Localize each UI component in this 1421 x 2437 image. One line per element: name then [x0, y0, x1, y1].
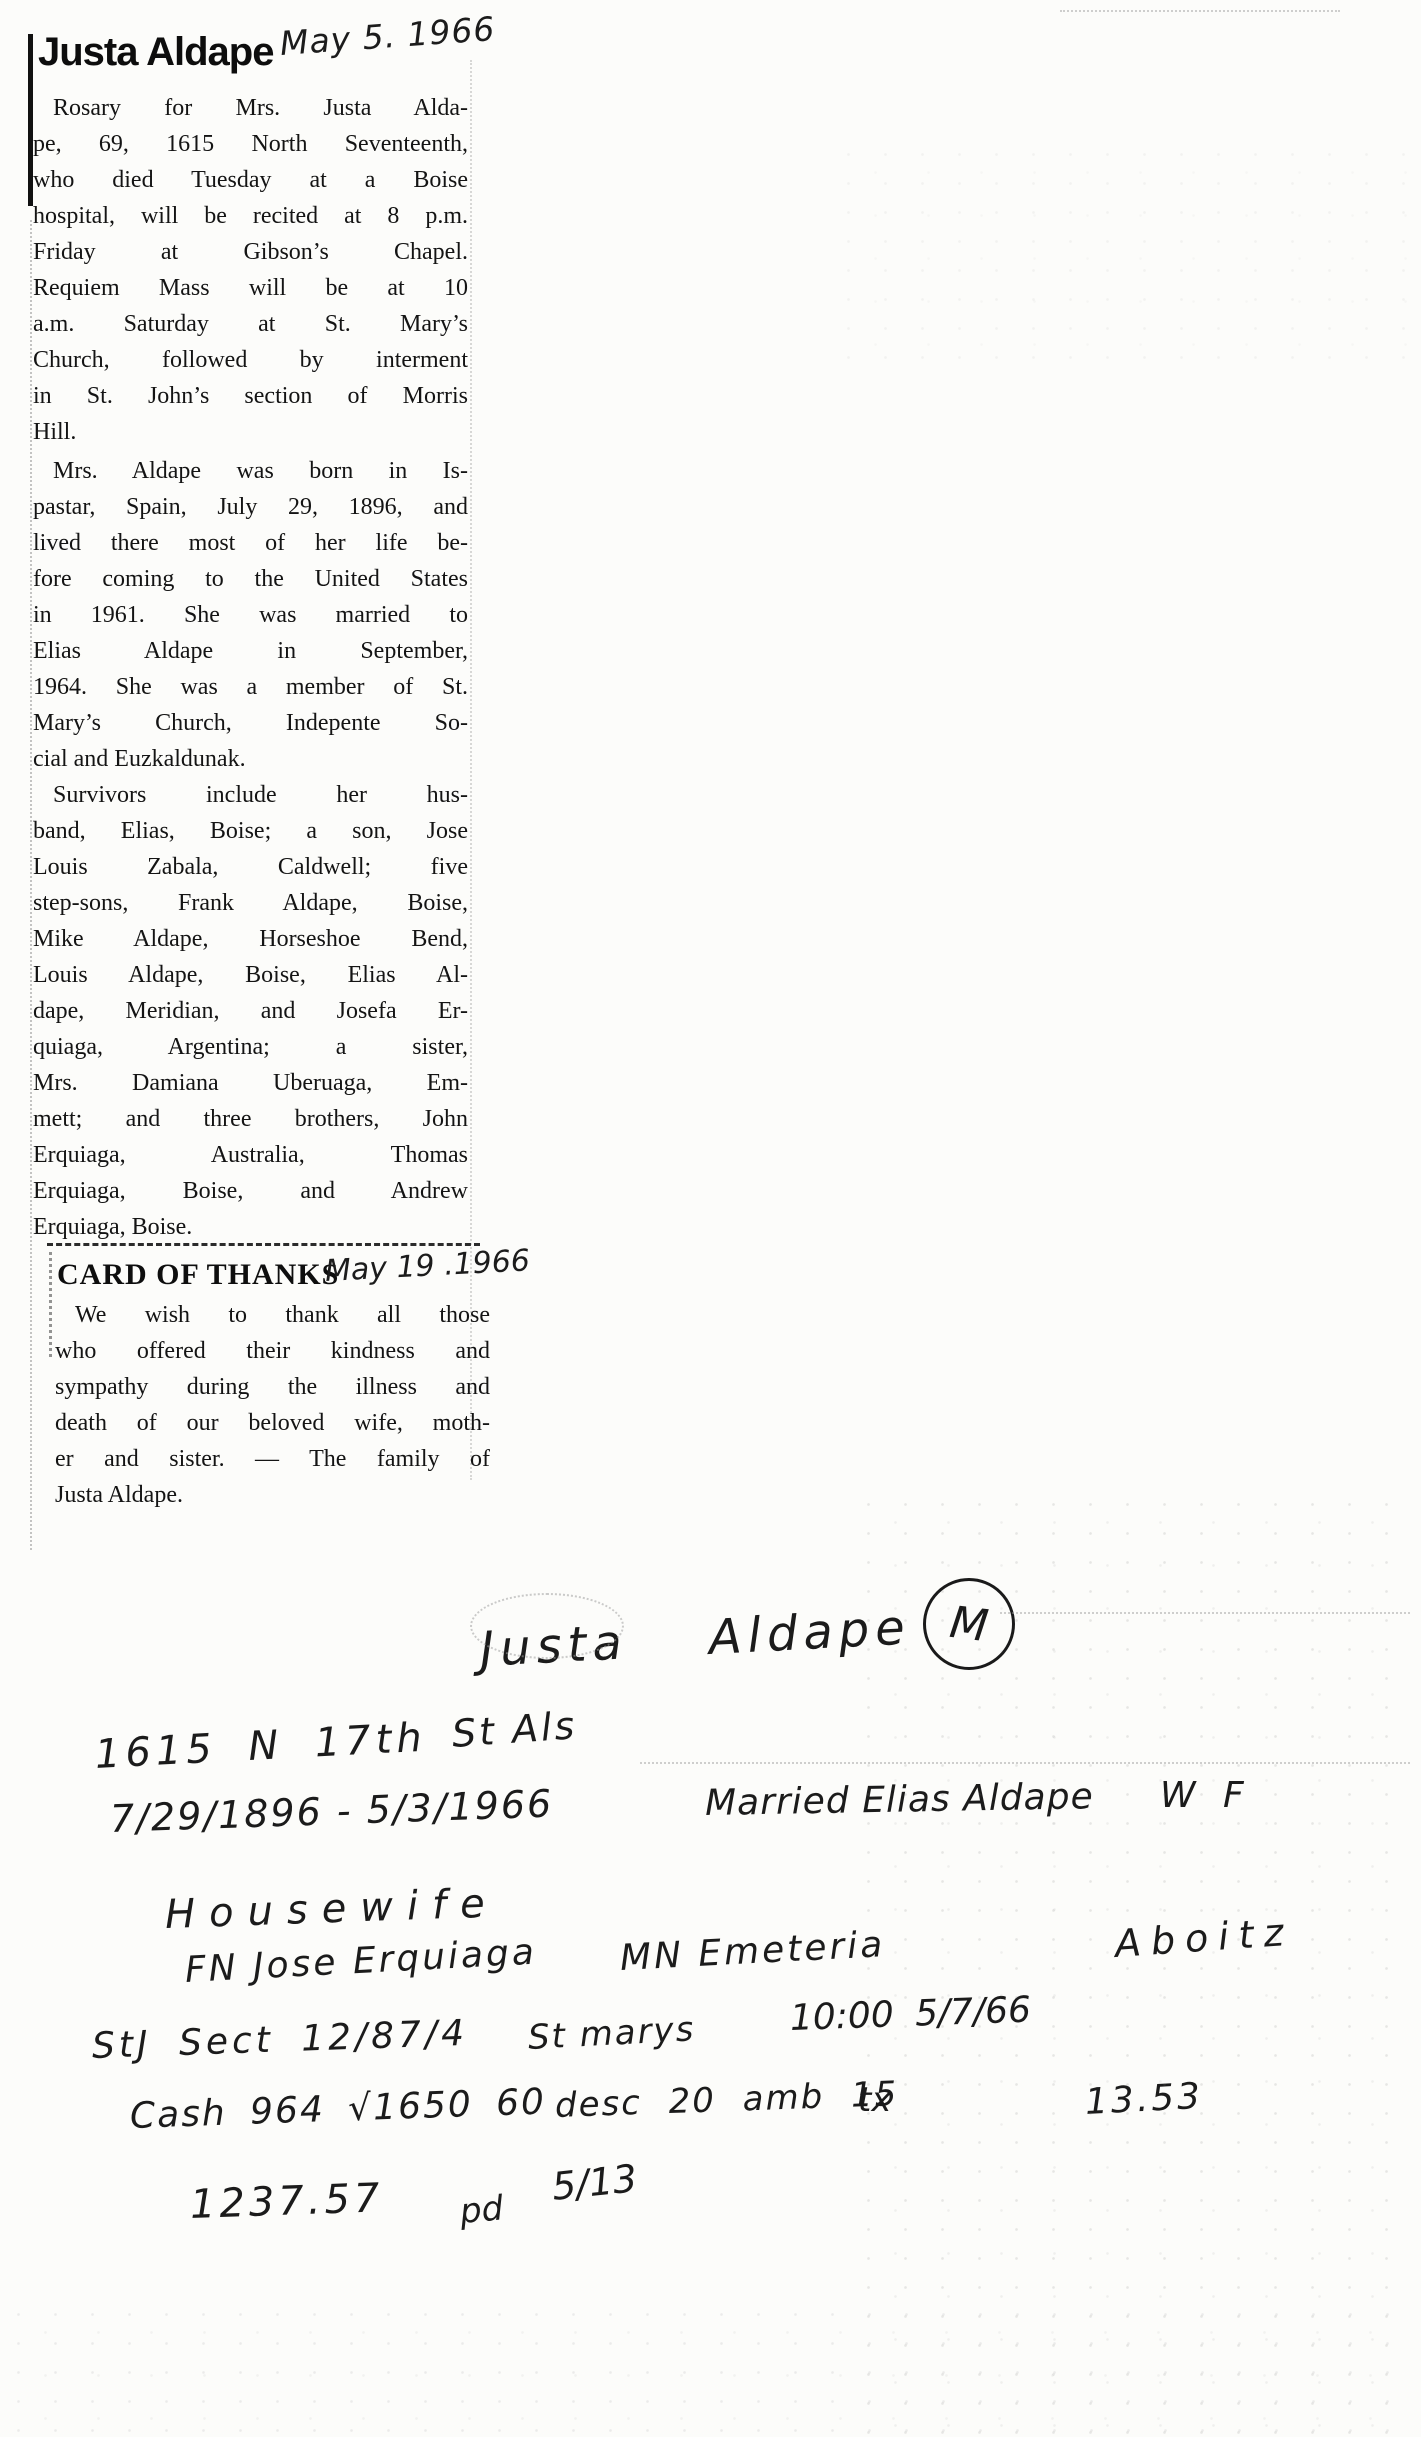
handwritten-burial-plot: StJ Sect 12/87/4 — [91, 2013, 468, 2067]
obituary-headline: Justa Aldape — [38, 30, 273, 75]
card-of-thanks-title: CARD OF THANKS — [57, 1258, 339, 1292]
obituary-paragraph-1: Rosary for Mrs. Justa Alda-pe, 69, 1615 … — [33, 90, 468, 450]
clipping-left-edge — [30, 220, 32, 1550]
scan-noise — [830, 140, 1421, 380]
handwritten-card-date: May 19 .1966 — [324, 1243, 531, 1289]
scan-streak — [1000, 1612, 1410, 1614]
handwritten-charges-cash: Cash 964 √1650 60 — [129, 2081, 546, 2136]
card-of-thanks-body: We wish to thank all thosewho offered th… — [55, 1297, 490, 1513]
obituary-paragraph-3: Survivors include her hus-band, Elias, B… — [33, 777, 468, 1245]
handwritten-charges-desc: desc 20 amb 15 — [554, 2074, 899, 2126]
handwritten-total: 1237.57 — [189, 2175, 384, 2228]
handwritten-occupation: Housewife — [164, 1880, 499, 1938]
scan-smudge — [470, 1593, 624, 1659]
handwritten-charges-tax: 13.53 — [1084, 2076, 1204, 2123]
section-divider — [47, 1243, 480, 1246]
handwritten-race-sex: W F — [1160, 1775, 1244, 1816]
handwritten-church: St marys — [527, 2009, 696, 2058]
circled-letter-annotation: M — [923, 1578, 1015, 1670]
handwritten-paid-date: 5/13 — [550, 2156, 639, 2209]
handwritten-publication-date: May 5. 1966 — [279, 9, 497, 63]
handwritten-father-name: FN Jose Erquiaga — [184, 1932, 538, 1991]
scan-noise — [0, 2300, 1421, 2437]
scan-streak — [1060, 10, 1340, 12]
handwritten-mother-maiden: Aboitz — [1113, 1910, 1294, 1966]
card-section-edge — [49, 1252, 52, 1357]
handwritten-paid: pd — [458, 2188, 504, 2232]
handwritten-charges-tax-label: tx — [858, 2080, 891, 2120]
scan-streak — [640, 1762, 1410, 1764]
circled-letter: M — [947, 1596, 991, 1651]
obituary-paragraph-2: Mrs. Aldape was born in Is-pastar, Spain… — [33, 453, 468, 777]
handwritten-hospital: St Als — [450, 1703, 578, 1756]
handwritten-birth-death-dates: 7/29/1896 - 5/3/1966 — [109, 1782, 554, 1841]
handwritten-mother-name: MN Emeteria — [619, 1924, 886, 1979]
handwritten-address: 1615 N 17th — [94, 1715, 428, 1778]
handwritten-marriage: Married Elias Aldape — [705, 1776, 1094, 1824]
scanned-page: Justa Aldape May 5. 1966 Rosary for Mrs.… — [0, 0, 1421, 2437]
handwritten-service-time: 10:00 5/7/66 — [789, 1990, 1031, 2039]
